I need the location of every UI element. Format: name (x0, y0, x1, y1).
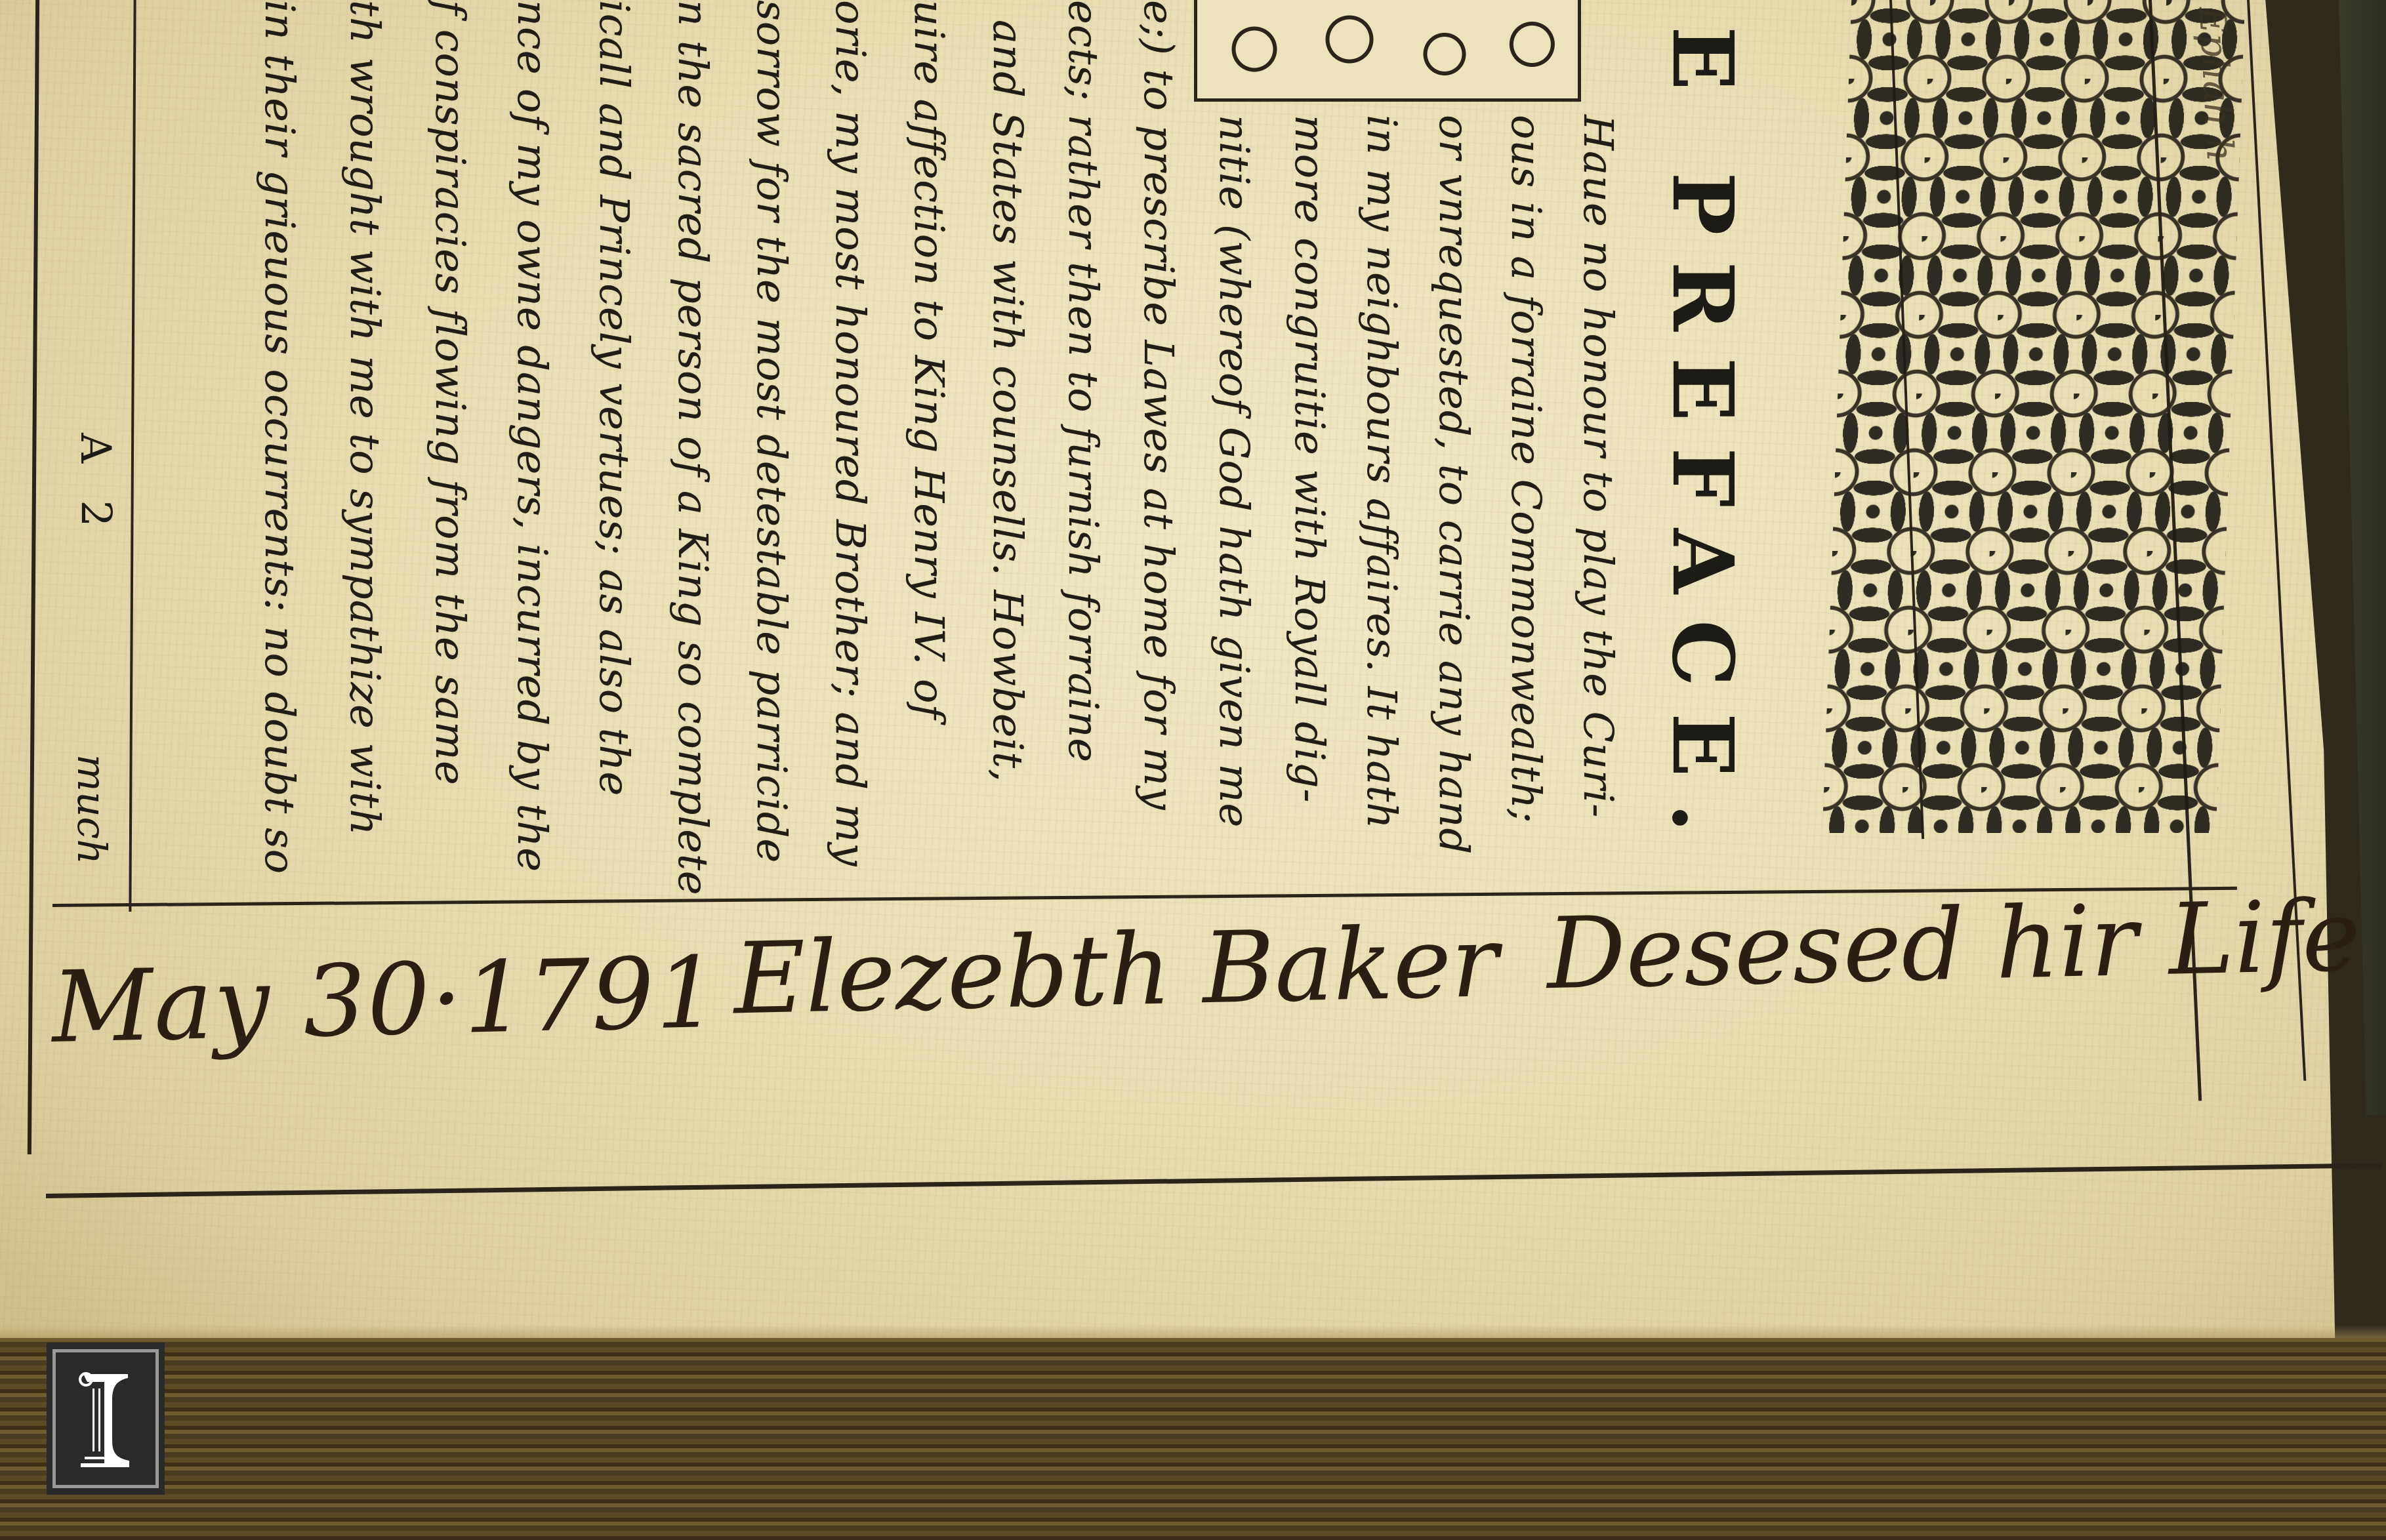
printers-ornament-band (1822, 0, 2245, 833)
handwritten-margin-note: Ephah h (2191, 5, 2241, 162)
text-line: or vnrequested, to carrie any hand (1433, 115, 1474, 855)
text-line: in their grieuous occurrents: no doubt s… (259, 0, 300, 874)
text-line: orie, my most honoured Brother; and my (830, 0, 871, 867)
text-line: f conspiracies flowing from the same (430, 0, 470, 786)
text-line: ects; rather then to furnish forraine (1063, 0, 1103, 763)
text-line: nce of my owne dangers, incurred by the (512, 0, 552, 872)
university-logo (47, 1343, 165, 1495)
text-line: and States with counsells. Howbeit, (987, 20, 1028, 782)
book-fore-edge (0, 1338, 2386, 1540)
text-line: in my neighbours affaires. It hath (1361, 115, 1402, 829)
preface-text-column: Haue no honour to play the Curi- ous in … (141, 0, 1630, 899)
text-line: sorrow for the most detestable parricide (751, 0, 792, 863)
inscription-text: Desesed hir Life (1546, 879, 2362, 1011)
text-line: uire affection to King Henry IV. of (909, 0, 949, 719)
text-line: more congruitie with Royall dig- (1289, 115, 1330, 803)
inscription-date: May 30·1791 (51, 936, 720, 1065)
column-icon (75, 1368, 134, 1471)
text-line: th wrought with me to sympathize with (344, 0, 385, 836)
text-line: ous in a forraine Commonwealth; (1506, 115, 1546, 824)
text-line: n the sacred person of a King so complet… (672, 0, 713, 896)
text-line: nitie (whereof God hath given me (1214, 115, 1254, 828)
book-photograph: E PREFACE. Haue no honour to play the Cu… (0, 0, 2386, 1540)
catchword: much (68, 754, 114, 864)
preface-heading: E PREFACE. (1653, 26, 1752, 859)
text-line: e;) to prescribe Lawes at home for my (1138, 0, 1179, 810)
signature-mark: A 2 (71, 433, 119, 538)
text-line: icall and Princely vertues; as also the (594, 0, 634, 796)
inscription-name: Elezebth Baker (732, 905, 1499, 1036)
text-line: Haue no honour to play the Curi- (1578, 115, 1618, 818)
